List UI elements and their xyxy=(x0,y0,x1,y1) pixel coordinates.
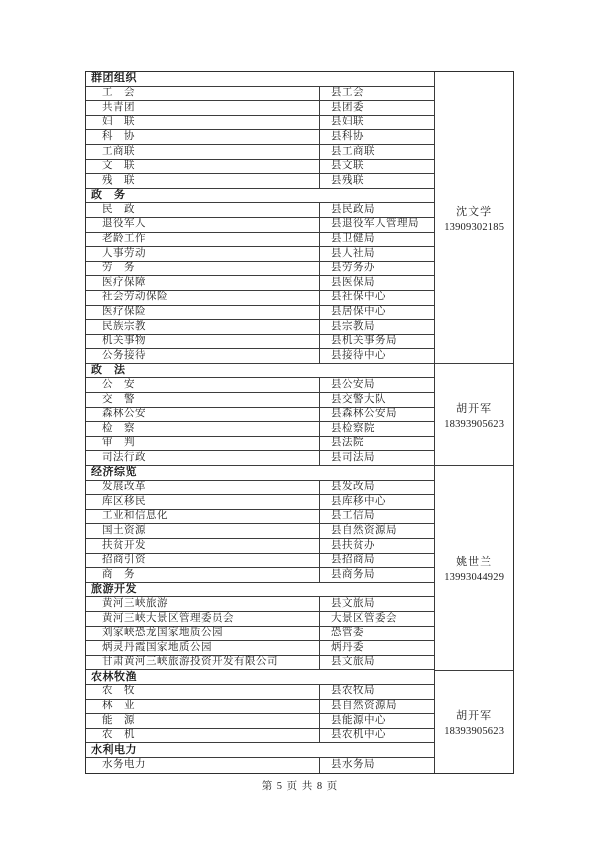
table-row: 民族宗教县宗教局 xyxy=(86,320,434,335)
table-section: 旅游开发黄河三峡旅游县文旅局黄河三峡大景区管理委员会大景区管委会刘家峡恐龙国家地… xyxy=(86,583,434,671)
item-name-cell: 扶贫开发 xyxy=(86,539,319,553)
table-row: 刘家峡恐龙国家地质公园恐管委 xyxy=(86,627,434,642)
item-name-cell: 残 联 xyxy=(86,174,319,188)
table-row: 黄河三峡大景区管理委员会大景区管委会 xyxy=(86,612,434,627)
table-row: 科 协县科协 xyxy=(86,130,434,145)
item-name-cell: 公务接待 xyxy=(86,349,319,363)
table-row: 扶贫开发县扶贫办 xyxy=(86,539,434,554)
item-name-cell: 森林公安 xyxy=(86,408,319,422)
contact-name: 沈文学 xyxy=(456,203,492,219)
table-section: 水利电力水务电力县水务局 xyxy=(86,743,434,772)
contact-cell: 胡开军18393905623 xyxy=(435,671,513,773)
table-section: 政 法公 安县公安局交 警县交警大队森林公安县森林公安局检 察县检察院审 判县法… xyxy=(86,364,434,466)
section-header: 经济综览 xyxy=(86,466,434,481)
item-name-cell: 老龄工作 xyxy=(86,233,319,247)
table-row: 农 牧县农牧局 xyxy=(86,685,434,700)
table-row: 国土资源县自然资源局 xyxy=(86,524,434,539)
table-row: 医疗保障县医保局 xyxy=(86,276,434,291)
table-contact-column: 沈文学13909302185胡开军18393905623姚世兰139930449… xyxy=(434,72,513,773)
table-row: 老龄工作县卫健局 xyxy=(86,233,434,248)
table-row: 黄河三峡旅游县文旅局 xyxy=(86,597,434,612)
table-section: 群团组织工 会县工会共青团县团委妇 联县妇联科 协县科协工商联县工商联文 联县文… xyxy=(86,72,434,189)
item-name-cell: 共青团 xyxy=(86,101,319,115)
contacts-table: 群团组织工 会县工会共青团县团委妇 联县妇联科 协县科协工商联县工商联文 联县文… xyxy=(85,71,514,774)
table-row: 发展改革县发改局 xyxy=(86,481,434,496)
item-name-cell: 发展改革 xyxy=(86,481,319,495)
department-cell: 县农机中心 xyxy=(319,729,434,743)
department-cell: 县居保中心 xyxy=(319,306,434,320)
section-header: 农林牧渔 xyxy=(86,670,434,685)
department-cell: 大景区管委会 xyxy=(319,612,434,626)
table-row: 工业和信息化县工信局 xyxy=(86,510,434,525)
contact-cell: 姚世兰13993044929 xyxy=(435,466,513,670)
department-cell: 县农牧局 xyxy=(319,685,434,699)
contact-cell: 沈文学13909302185 xyxy=(435,72,513,364)
item-name-cell: 妇 联 xyxy=(86,116,319,130)
item-name-cell: 黄河三峡旅游 xyxy=(86,597,319,611)
item-name-cell: 农 牧 xyxy=(86,685,319,699)
item-name-cell: 水务电力 xyxy=(86,758,319,773)
table-row: 交 警县交警大队 xyxy=(86,393,434,408)
table-row: 水务电力县水务局 xyxy=(86,758,434,773)
table-row: 商 务县商务局 xyxy=(86,568,434,583)
table-row: 库区移民县库移中心 xyxy=(86,495,434,510)
department-cell: 县扶贫办 xyxy=(319,539,434,553)
item-name-cell: 交 警 xyxy=(86,393,319,407)
item-name-cell: 机关事物 xyxy=(86,335,319,349)
item-name-cell: 退役军人 xyxy=(86,218,319,232)
table-row: 人事劳动县人社局 xyxy=(86,247,434,262)
department-cell: 县残联 xyxy=(319,174,434,188)
contact-name: 姚世兰 xyxy=(456,553,492,569)
item-name-cell: 国土资源 xyxy=(86,524,319,538)
department-cell: 县司法局 xyxy=(319,451,434,465)
table-row: 共青团县团委 xyxy=(86,101,434,116)
item-name-cell: 商 务 xyxy=(86,568,319,582)
item-name-cell: 林 业 xyxy=(86,700,319,714)
department-cell: 县工信局 xyxy=(319,510,434,524)
table-section: 农林牧渔农 牧县农牧局林 业县自然资源局能 源县能源中心农 机县农机中心 xyxy=(86,670,434,743)
table-row: 森林公安县森林公安局 xyxy=(86,408,434,423)
item-name-cell: 农 机 xyxy=(86,729,319,743)
department-cell: 县商务局 xyxy=(319,568,434,582)
table-row: 公 安县公安局 xyxy=(86,378,434,393)
item-name-cell: 库区移民 xyxy=(86,495,319,509)
contact-name: 胡开军 xyxy=(456,400,492,416)
table-row: 妇 联县妇联 xyxy=(86,116,434,131)
department-cell: 县团委 xyxy=(319,101,434,115)
table-section: 政 务民 政县民政局退役军人县退役军人管理局老龄工作县卫健局人事劳动县人社局劳 … xyxy=(86,189,434,364)
document-page: 群团组织工 会县工会共青团县团委妇 联县妇联科 协县科协工商联县工商联文 联县文… xyxy=(0,0,600,848)
table-row: 招商引资县招商局 xyxy=(86,554,434,569)
department-cell: 县检察院 xyxy=(319,422,434,436)
table-row: 社会劳动保险县社保中心 xyxy=(86,291,434,306)
section-header: 水利电力 xyxy=(86,743,434,758)
department-cell: 县文旅局 xyxy=(319,656,434,670)
table-row: 医疗保险县居保中心 xyxy=(86,306,434,321)
table-row: 能 源县能源中心 xyxy=(86,714,434,729)
item-name-cell: 刘家峡恐龙国家地质公园 xyxy=(86,627,319,641)
department-cell: 县交警大队 xyxy=(319,393,434,407)
department-cell: 县社保中心 xyxy=(319,291,434,305)
item-name-cell: 招商引资 xyxy=(86,554,319,568)
department-cell: 县人社局 xyxy=(319,247,434,261)
department-cell: 县自然资源局 xyxy=(319,524,434,538)
table-row: 炳灵丹霞国家地质公园炳丹委 xyxy=(86,641,434,656)
item-name-cell: 文 联 xyxy=(86,160,319,174)
contact-phone: 18393905623 xyxy=(444,726,504,737)
table-row: 工商联县工商联 xyxy=(86,145,434,160)
section-header: 政 法 xyxy=(86,364,434,379)
item-name-cell: 检 察 xyxy=(86,422,319,436)
item-name-cell: 能 源 xyxy=(86,714,319,728)
department-cell: 炳丹委 xyxy=(319,641,434,655)
item-name-cell: 医疗保险 xyxy=(86,306,319,320)
department-cell: 县民政局 xyxy=(319,203,434,217)
department-cell: 县文联 xyxy=(319,160,434,174)
contact-cell: 胡开军18393905623 xyxy=(435,364,513,466)
item-name-cell: 工商联 xyxy=(86,145,319,159)
department-cell: 县水务局 xyxy=(319,758,434,773)
table-main-columns: 群团组织工 会县工会共青团县团委妇 联县妇联科 协县科协工商联县工商联文 联县文… xyxy=(86,72,434,773)
table-row: 公务接待县接待中心 xyxy=(86,349,434,364)
item-name-cell: 劳 务 xyxy=(86,262,319,276)
department-cell: 县工会 xyxy=(319,87,434,101)
table-row: 机关事物县机关事务局 xyxy=(86,335,434,350)
table-row: 文 联县文联 xyxy=(86,160,434,175)
item-name-cell: 社会劳动保险 xyxy=(86,291,319,305)
page-number: 第 5 页 共 8 页 xyxy=(0,778,600,793)
department-cell: 县宗教局 xyxy=(319,320,434,334)
department-cell: 县森林公安局 xyxy=(319,408,434,422)
section-header: 群团组织 xyxy=(86,72,434,87)
section-header: 政 务 xyxy=(86,189,434,204)
table-row: 林 业县自然资源局 xyxy=(86,700,434,715)
item-name-cell: 司法行政 xyxy=(86,451,319,465)
department-cell: 县科协 xyxy=(319,130,434,144)
table-row: 审 判县法院 xyxy=(86,437,434,452)
table-row: 工 会县工会 xyxy=(86,87,434,102)
table-row: 司法行政县司法局 xyxy=(86,451,434,466)
department-cell: 县机关事务局 xyxy=(319,335,434,349)
table-row: 民 政县民政局 xyxy=(86,203,434,218)
department-cell: 县库移中心 xyxy=(319,495,434,509)
department-cell: 县工商联 xyxy=(319,145,434,159)
contact-phone: 18393905623 xyxy=(444,419,504,430)
department-cell: 县接待中心 xyxy=(319,349,434,363)
department-cell: 县劳务办 xyxy=(319,262,434,276)
item-name-cell: 医疗保障 xyxy=(86,276,319,290)
contact-phone: 13993044929 xyxy=(444,572,504,583)
contact-name: 胡开军 xyxy=(456,707,492,723)
table-row: 甘肃黄河三峡旅游投资开发有限公司县文旅局 xyxy=(86,656,434,671)
department-cell: 县法院 xyxy=(319,437,434,451)
department-cell: 县自然资源局 xyxy=(319,700,434,714)
department-cell: 县公安局 xyxy=(319,378,434,392)
item-name-cell: 工业和信息化 xyxy=(86,510,319,524)
department-cell: 县医保局 xyxy=(319,276,434,290)
department-cell: 县妇联 xyxy=(319,116,434,130)
item-name-cell: 科 协 xyxy=(86,130,319,144)
department-cell: 县退役军人管理局 xyxy=(319,218,434,232)
item-name-cell: 工 会 xyxy=(86,87,319,101)
table-row: 检 察县检察院 xyxy=(86,422,434,437)
item-name-cell: 民 政 xyxy=(86,203,319,217)
department-cell: 县卫健局 xyxy=(319,233,434,247)
department-cell: 县招商局 xyxy=(319,554,434,568)
item-name-cell: 甘肃黄河三峡旅游投资开发有限公司 xyxy=(86,656,319,670)
item-name-cell: 民族宗教 xyxy=(86,320,319,334)
item-name-cell: 人事劳动 xyxy=(86,247,319,261)
item-name-cell: 黄河三峡大景区管理委员会 xyxy=(86,612,319,626)
department-cell: 县能源中心 xyxy=(319,714,434,728)
table-section: 经济综览发展改革县发改局库区移民县库移中心工业和信息化县工信局国土资源县自然资源… xyxy=(86,466,434,583)
table-row: 农 机县农机中心 xyxy=(86,729,434,744)
contact-phone: 13909302185 xyxy=(444,222,504,233)
item-name-cell: 审 判 xyxy=(86,437,319,451)
item-name-cell: 公 安 xyxy=(86,378,319,392)
department-cell: 县发改局 xyxy=(319,481,434,495)
table-row: 劳 务县劳务办 xyxy=(86,262,434,277)
section-header: 旅游开发 xyxy=(86,583,434,598)
table-row: 退役军人县退役军人管理局 xyxy=(86,218,434,233)
table-row: 残 联县残联 xyxy=(86,174,434,189)
item-name-cell: 炳灵丹霞国家地质公园 xyxy=(86,641,319,655)
department-cell: 恐管委 xyxy=(319,627,434,641)
department-cell: 县文旅局 xyxy=(319,597,434,611)
